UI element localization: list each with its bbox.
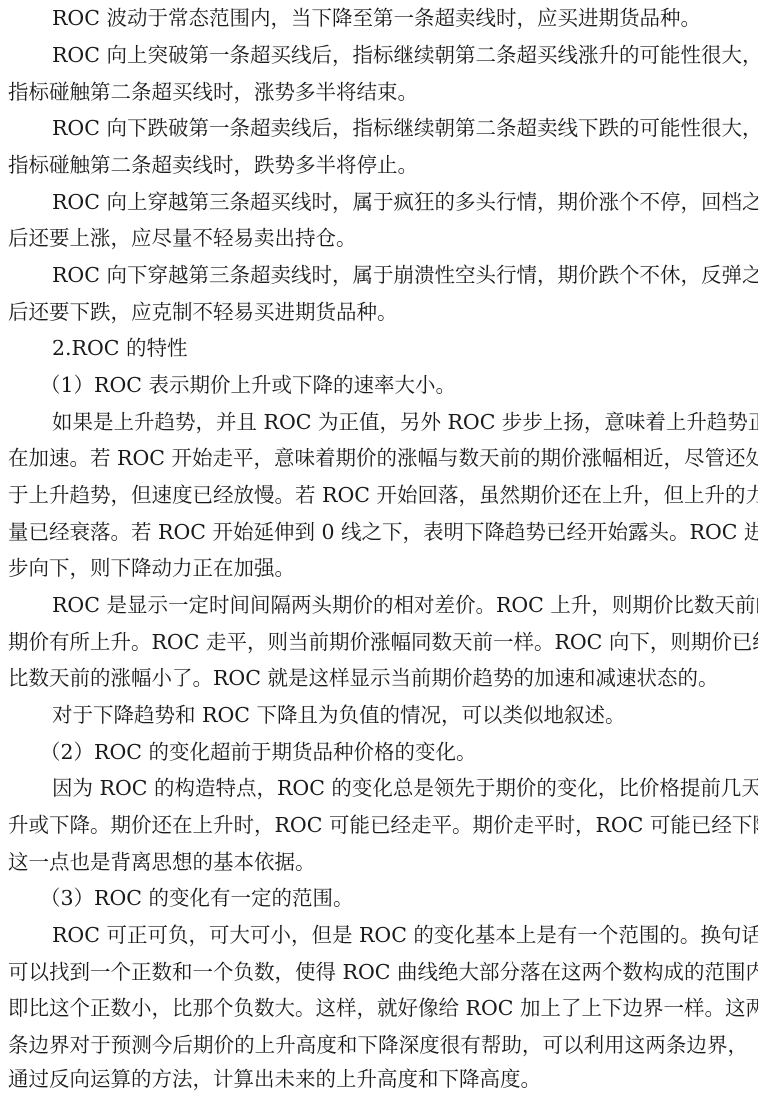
paragraph-line: 通过反向运算的方法，计算出未来的上升高度和下降高度。 <box>8 1064 748 1094</box>
paragraph-line: 于上升趋势，但速度已经放慢。若 ROC 开始回落，虽然期价还在上升，但上升的力 <box>8 480 748 510</box>
paragraph-line: 步向下，则下降动力正在加强。 <box>8 553 748 583</box>
scanned-book-page: ROC 波动于常态范围内，当下降至第一条超卖线时，应买进期货品种。 ROC 向上… <box>0 0 758 1095</box>
paragraph-line: 升或下降。期价还在上升时，ROC 可能已经走平。期价走平时，ROC 可能已经下降… <box>8 810 748 840</box>
section-heading: 2.ROC 的特性 <box>52 333 748 363</box>
paragraph-line: ROC 向上穿越第三条超买线时，属于疯狂的多头行情，期价涨个不停，回档之 <box>52 187 748 217</box>
paragraph-line: 量已经衰落。若 ROC 开始延伸到 0 线之下，表明下降趋势已经开始露头。ROC… <box>8 517 748 547</box>
paragraph-line: ROC 是显示一定时间间隔两头期价的相对差价。ROC 上升，则期价比数天前的 <box>52 590 748 620</box>
subsection-heading: （2）ROC 的变化超前于期货品种价格的变化。 <box>40 737 748 767</box>
paragraph-line: 后还要下跌，应克制不轻易买进期货品种。 <box>8 297 748 327</box>
paragraph-line: 这一点也是背离思想的基本依据。 <box>8 847 748 877</box>
paragraph-line: ROC 向上突破第一条超买线后，指标继续朝第二条超买线涨升的可能性很大， <box>52 40 748 70</box>
paragraph-line: ROC 可正可负，可大可小，但是 ROC 的变化基本上是有一个范围的。换句话说， <box>52 920 748 950</box>
paragraph-line: 后还要上涨，应尽量不轻易卖出持仓。 <box>8 223 748 253</box>
paragraph-line: ROC 向下穿越第三条超卖线时，属于崩溃性空头行情，期价跌个不休，反弹之 <box>52 260 748 290</box>
paragraph-line: 如果是上升趋势，并且 ROC 为正值，另外 ROC 步步上扬，意味着上升趋势正 <box>52 407 748 437</box>
paragraph-line: ROC 波动于常态范围内，当下降至第一条超卖线时，应买进期货品种。 <box>52 3 748 33</box>
paragraph-line: 对于下降趋势和 ROC 下降且为负值的情况，可以类似地叙述。 <box>52 700 748 730</box>
paragraph-line: 指标碰触第二条超买线时，涨势多半将结束。 <box>8 77 748 107</box>
paragraph-line: 在加速。若 ROC 开始走平，意味着期价的涨幅与数天前的期价涨幅相近，尽管还处 <box>8 443 748 473</box>
paragraph-line: 条边界对于预测今后期价的上升高度和下降深度很有帮助，可以利用这两条边界， <box>8 1030 748 1060</box>
subsection-heading: （3）ROC 的变化有一定的范围。 <box>40 883 748 913</box>
paragraph-line: 可以找到一个正数和一个负数，使得 ROC 曲线绝大部分落在这两个数构成的范围内， <box>8 957 748 987</box>
paragraph-line: 期价有所上升。ROC 走平，则当前期价涨幅同数天前一样。ROC 向下，则期价已经 <box>8 627 748 657</box>
paragraph-line: 即比这个正数小，比那个负数大。这样，就好像给 ROC 加上了上下边界一样。这两 <box>8 993 748 1023</box>
paragraph-line: 比数天前的涨幅小了。ROC 就是这样显示当前期价趋势的加速和减速状态的。 <box>8 663 748 693</box>
subsection-heading: （1）ROC 表示期价上升或下降的速率大小。 <box>40 370 748 400</box>
paragraph-line: 因为 ROC 的构造特点，ROC 的变化总是领先于期价的变化，比价格提前几天上 <box>52 773 748 803</box>
paragraph-line: ROC 向下跌破第一条超卖线后，指标继续朝第二条超卖线下跌的可能性很大， <box>52 113 748 143</box>
paragraph-line: 指标碰触第二条超卖线时，跌势多半将停止。 <box>8 150 748 180</box>
